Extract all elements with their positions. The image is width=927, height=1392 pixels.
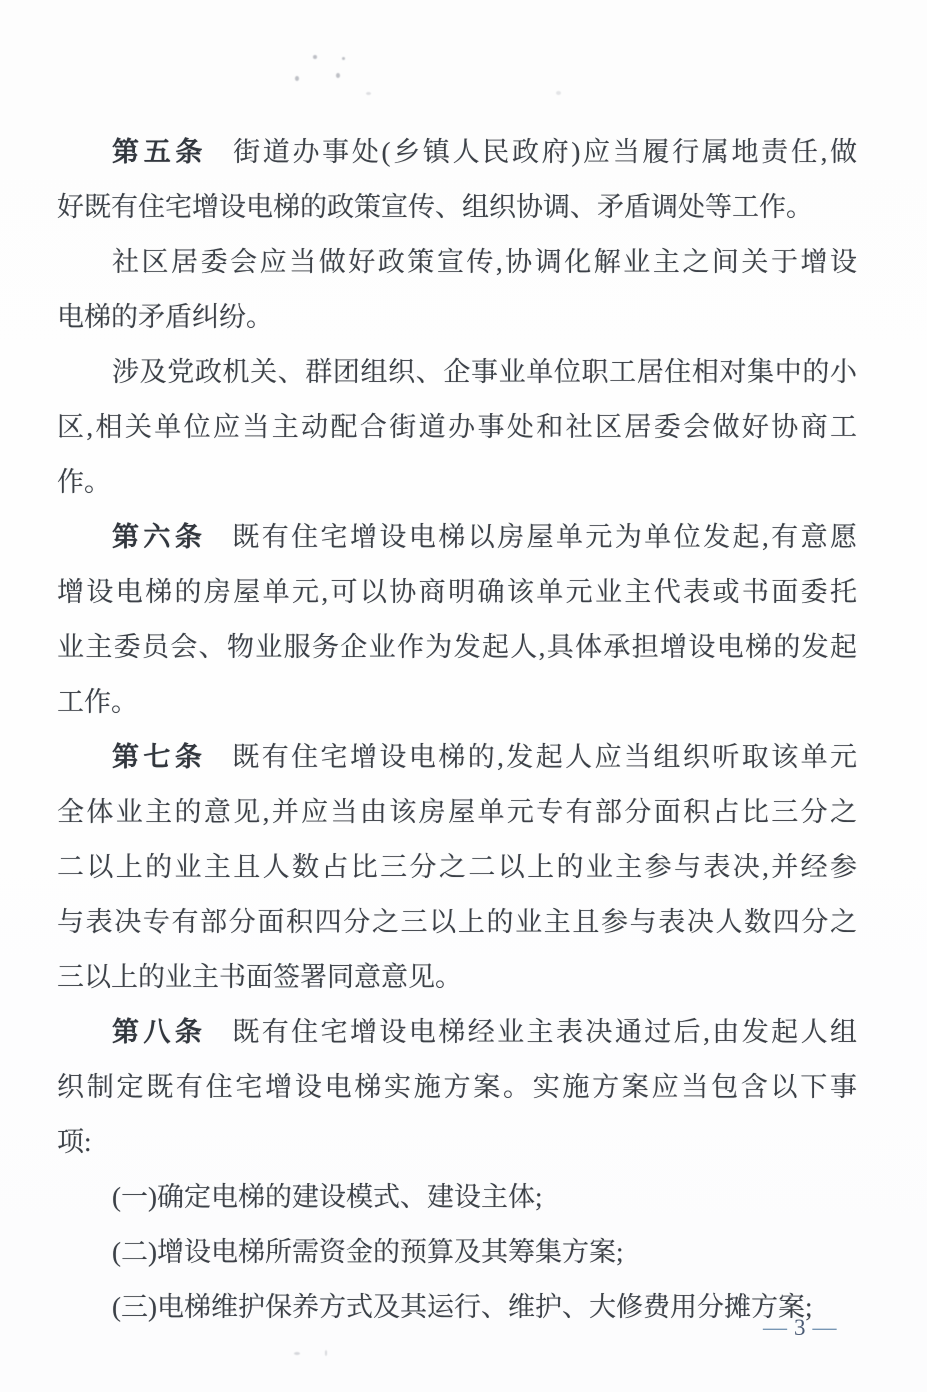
text-line: 项: (57, 1115, 857, 1170)
text-line: 织制定既有住宅增设电梯实施方案。实施方案应当包含以下事 (57, 1060, 857, 1115)
line-text: 好既有住宅增设电梯的政策宣传、组织协调、矛盾调处等工作。 (57, 192, 813, 222)
scan-speck (294, 1352, 300, 1355)
line-text: (一)确定电梯的建设模式、建设主体; (112, 1182, 542, 1212)
scan-speck (366, 92, 371, 95)
line-text: 既有住宅增设电梯经业主表决通过后,由发起人组 (232, 1017, 857, 1047)
text-line: 第七条既有住宅增设电梯的,发起人应当组织听取该单元 (57, 730, 857, 785)
page-number: — 3 — (763, 1314, 837, 1342)
line-text: 作。 (57, 467, 111, 497)
article-number: 第五条 (112, 137, 207, 167)
line-text: (二)增设电梯所需资金的预算及其筹集方案; (112, 1237, 623, 1267)
line-text: 增设电梯的房屋单元,可以协商明确该单元业主代表或书面委托 (57, 577, 857, 607)
line-text: 项: (57, 1127, 92, 1157)
line-text: 既有住宅增设电梯的,发起人应当组织听取该单元 (232, 742, 857, 772)
line-text: 电梯的矛盾纠纷。 (57, 302, 273, 332)
line-text: 业主委员会、物业服务企业作为发起人,具体承担增设电梯的发起 (57, 632, 857, 662)
page-number-dash-left: — (763, 1316, 787, 1340)
text-line: 与表决专有部分面积四分之三以上的业主且参与表决人数四分之 (57, 895, 857, 950)
text-line: 全体业主的意见,并应当由该房屋单元专有部分面积占比三分之 (57, 785, 857, 840)
line-text: 区,相关单位应当主动配合街道办事处和社区居委会做好协商工 (57, 412, 857, 442)
article-number: 第八条 (112, 1017, 206, 1047)
list-item: (一)确定电梯的建设模式、建设主体; (57, 1170, 857, 1225)
text-line: 工作。 (57, 675, 857, 730)
text-line: 第五条街道办事处(乡镇人民政府)应当履行属地责任,做 (57, 125, 857, 180)
scan-speck (313, 55, 317, 59)
line-text: 二以上的业主且人数占比三分之二以上的业主参与表决,并经参 (57, 852, 857, 882)
line-text: 织制定既有住宅增设电梯实施方案。实施方案应当包含以下事 (57, 1072, 857, 1102)
scan-speck (556, 91, 561, 95)
text-line: 社区居委会应当做好政策宣传,协调化解业主之间关于增设 (57, 235, 857, 290)
scan-speck (342, 57, 345, 60)
line-text: 街道办事处(乡镇人民政府)应当履行属地责任,做 (233, 137, 857, 167)
text-line: 作。 (57, 455, 857, 510)
document-body: 第五条街道办事处(乡镇人民政府)应当履行属地责任,做 好既有住宅增设电梯的政策宣… (57, 125, 857, 1335)
text-line: 涉及党政机关、群团组织、企事业单位职工居住相对集中的小 (57, 345, 857, 400)
line-text: 社区居委会应当做好政策宣传,协调化解业主之间关于增设 (112, 247, 857, 277)
line-text: 三以上的业主书面签署同意意见。 (57, 962, 462, 992)
line-text: 全体业主的意见,并应当由该房屋单元专有部分面积占比三分之 (57, 797, 857, 827)
list-item: (二)增设电梯所需资金的预算及其筹集方案; (57, 1225, 857, 1280)
text-line: 好既有住宅增设电梯的政策宣传、组织协调、矛盾调处等工作。 (57, 180, 857, 235)
page-number-value: 3 (794, 1314, 806, 1342)
line-text: 工作。 (57, 687, 138, 717)
line-text: 涉及党政机关、群团组织、企事业单位职工居住相对集中的小 (112, 357, 857, 387)
article-number: 第七条 (112, 742, 206, 772)
text-line: 三以上的业主书面签署同意意见。 (57, 950, 857, 1005)
scan-speck (295, 76, 299, 81)
text-line: 增设电梯的房屋单元,可以协商明确该单元业主代表或书面委托 (57, 565, 857, 620)
scan-speck (336, 73, 340, 78)
document-page: 第五条街道办事处(乡镇人民政府)应当履行属地责任,做 好既有住宅增设电梯的政策宣… (0, 0, 927, 1392)
line-text: 与表决专有部分面积四分之三以上的业主且参与表决人数四分之 (57, 907, 857, 937)
list-item: (三)电梯维护保养方式及其运行、维护、大修费用分摊方案; (57, 1280, 857, 1335)
text-line: 区,相关单位应当主动配合街道办事处和社区居委会做好协商工 (57, 400, 857, 455)
article-number: 第六条 (112, 522, 206, 552)
line-text: (三)电梯维护保养方式及其运行、维护、大修费用分摊方案; (112, 1292, 812, 1322)
page-number-dash-right: — (813, 1316, 837, 1340)
text-line: 第六条既有住宅增设电梯以房屋单元为单位发起,有意愿 (57, 510, 857, 565)
line-text: 既有住宅增设电梯以房屋单元为单位发起,有意愿 (232, 522, 857, 552)
scan-speck (325, 1350, 327, 1356)
text-line: 业主委员会、物业服务企业作为发起人,具体承担增设电梯的发起 (57, 620, 857, 675)
text-line: 电梯的矛盾纠纷。 (57, 290, 857, 345)
text-line: 第八条既有住宅增设电梯经业主表决通过后,由发起人组 (57, 1005, 857, 1060)
text-line: 二以上的业主且人数占比三分之二以上的业主参与表决,并经参 (57, 840, 857, 895)
